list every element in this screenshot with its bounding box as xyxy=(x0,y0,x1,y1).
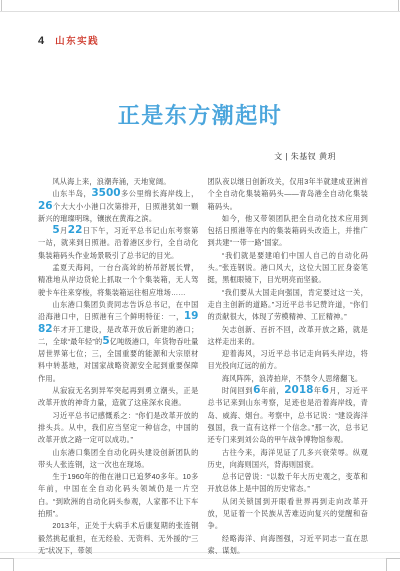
highlight-number: 5 xyxy=(102,335,109,347)
text-segment: 总书记曾说：“以数千年大历史观之，变革和开放总体上是中国的历史常态。” xyxy=(208,472,369,493)
paragraph: 团队夜以继日创新攻关，仅用3年半就建成亚洲首个全自动化集装箱码头——青岛港全自动… xyxy=(208,176,369,213)
text-segment: 孟夏天海间，一台台高耸的桥吊舒展长臂，精准地从岸边货轮上抓取一个个集装箱，无人驾… xyxy=(38,263,199,297)
next-page-top-edge xyxy=(0,558,400,559)
text-segment: 山东港口集团全自动化码头建设创新团队的带头人张连钢，这一次也在现场。 xyxy=(38,448,199,469)
next-page-corner-right-h xyxy=(386,558,400,559)
text-segment: 从闭关锁国到开眼看世界再到走向改革开放，见证着一个民族从苦难迈向复兴的觉醒和奋争… xyxy=(208,497,369,531)
paragraph: “我们要从大国走向强国，肯定要过这一关，走自主创新的道路。”习近平总书记赞许道，… xyxy=(208,287,369,324)
article-title: 正是东方潮起时 xyxy=(0,99,400,130)
paragraph: 生于1960年的他在港口已追梦40多年。10多年前，中国在全自动化码头领域仍是一… xyxy=(38,471,199,520)
highlight-number: 26 xyxy=(38,200,53,212)
paragraph: 习近平总书记感慨系之：“你们是改革开放的排头兵。从中，我们应当坚定一种信念，中国… xyxy=(38,410,199,447)
highlight-number: 5 xyxy=(52,224,59,236)
text-segment: 年前， xyxy=(260,386,284,395)
section-title: 山东实践 xyxy=(55,33,99,47)
column-right: 团队夜以继日创新攻关，仅用3年半就建成亚洲首个全自动化集装箱码头——青岛港全自动… xyxy=(208,176,369,557)
paragraph: 迎着海风，习近平总书记走向码头岸边，将目光投向辽远的前方。 xyxy=(208,348,369,373)
next-page-corner-right-v xyxy=(386,558,387,571)
paragraph: 古往今来，海洋见证了几多兴衰荣辱。纵观历史，向海则国兴，背海则国衰。 xyxy=(208,447,369,472)
paragraph: 如今，他又带领团队把全自动化技术应用到包括日照港等在内的集装箱码头改造上，并推广… xyxy=(208,213,369,250)
text-segment: 个大大小小港口次第排开，日照港犹如一颗新兴的璀璨明珠，镶嵌在黄海之滨。 xyxy=(38,202,199,223)
paragraph: 山东港口集团负责同志告诉总书记，在中国沿海港口中，日照港有三个鲜明特征：一，19… xyxy=(38,299,199,385)
paragraph: 5月22日下午，习近平总书记山东考察第一站，就来到日照港。沿着港区步行，全自动化… xyxy=(38,225,199,262)
paragraph: 山东半岛，3500多公里绵长海岸线上，26个大大小小港口次第排开，日照港犹如一颗… xyxy=(38,188,199,225)
text-segment: 时间回到 xyxy=(222,386,253,395)
highlight-number: 2018 xyxy=(284,384,313,396)
text-segment: 山东港口集团负责同志告诉总书记，在中国沿海港口中，日照港有三个鲜明特征：一， xyxy=(38,300,199,321)
highlight-number: 22 xyxy=(68,224,83,236)
text-segment: 矢志创新、百折不回，改革开放之路，就是这样走出来的。 xyxy=(208,325,369,346)
text-segment: 月 xyxy=(60,226,68,235)
column-left: 风从海上来，浪潮奔涌，天地宽阔。山东半岛，3500多公里绵长海岸线上，26个大大… xyxy=(38,176,199,557)
next-page-corner-left-v xyxy=(13,558,14,571)
paragraph: 山东港口集团全自动化码头建设创新团队的带头人张连钢，这一次也在现场。 xyxy=(38,447,199,472)
previous-page-corner-left xyxy=(1,0,2,11)
byline: 文 | 朱基钗 黄玥 xyxy=(274,151,336,162)
previous-page-corner-right xyxy=(398,0,399,11)
magazine-page: 4 山东实践 正是东方潮起时 文 | 朱基钗 黄玥 风从海上来，浪潮奔涌，天地宽… xyxy=(0,0,400,571)
paragraph: 从闭关锁国到开眼看世界再到走向改革开放，见证着一个民族从苦难迈向复兴的觉醒和奋争… xyxy=(208,496,369,533)
text-segment: 风从海上来，浪潮奔涌，天地宽阔。 xyxy=(52,177,170,186)
paragraph: 总书记曾说：“以数千年大历史观之，变革和开放总体上是中国的历史常态。” xyxy=(208,471,369,496)
page-number: 4 xyxy=(38,35,44,47)
paragraph: 矢志创新、百折不回，改革开放之路，就是这样走出来的。 xyxy=(208,324,369,349)
paragraph: 2013年，正处于大病手术后康复期的张连钢毅然挑起重担，在无经验、无资料、无外援… xyxy=(38,520,199,557)
paragraph: 时间回到6年前，2018年6月，习近平总书记来到山东考察，足迹也是沿着海岸线，青… xyxy=(208,385,369,446)
paragraph: 从寂寂无名到异军突起再到勇立潮头，正是改革开放的神奇力量，造就了这座深水良港。 xyxy=(38,385,199,410)
paragraph: 经略海洋、向海图强，习近平同志一直在思索、谋划。 xyxy=(208,533,369,558)
text-segment: 从寂寂无名到异军突起再到勇立潮头，正是改革开放的神奇力量，造就了这座深水良港。 xyxy=(38,386,199,407)
text-segment: 如今，他又带领团队把全自动化技术应用到包括日照港等在内的集装箱码头改造上，并推广… xyxy=(208,214,369,248)
article-body: 风从海上来，浪潮奔涌，天地宽阔。山东半岛，3500多公里绵长海岸线上，26个大大… xyxy=(38,176,368,557)
text-segment: 古往今来，海洋见证了几多兴衰荣辱。纵观历史，向海则国兴，背海则国衰。 xyxy=(208,448,369,469)
text-segment: 迎着海风，习近平总书记走向码头岸边，将目光投向辽远的前方。 xyxy=(208,349,369,370)
text-segment: 习近平总书记感慨系之：“你们是改革开放的排头兵。从中，我们应当坚定一种信念，中国… xyxy=(38,411,199,445)
text-segment: “我们就是要建咱们中国人自己的自动化码头。”张连钢说。港口风大，这位大国工匠身姿… xyxy=(208,251,369,285)
text-segment: 2013年，正处于大病手术后康复期的张连钢毅然挑起重担，在无经验、无资料、无外援… xyxy=(38,521,199,555)
next-page-corner-left-h xyxy=(0,558,14,559)
text-segment: 年 xyxy=(313,386,321,395)
text-segment: 生于1960年的他在港口已追梦40多年。10多年前，中国在全自动化码头领域仍是一… xyxy=(38,472,199,518)
text-segment: 经略海洋、向海图强，习近平同志一直在思索、谋划。 xyxy=(208,534,369,555)
paragraph: 孟夏天海间，一台台高耸的桥吊舒展长臂，精准地从岸边货轮上抓取一个个集装箱，无人驾… xyxy=(38,262,199,299)
text-segment: 山东半岛， xyxy=(52,189,91,198)
previous-page-bottom-edge xyxy=(0,11,400,12)
text-segment: 多公里绵长海岸线上， xyxy=(121,189,199,198)
paragraph: “我们就是要建咱们中国人自己的自动化码头。”张连钢说。港口风大，这位大国工匠身姿… xyxy=(208,250,369,287)
text-segment: 海风阵阵，浪涛拍岸，不禁令人思绪翻飞。 xyxy=(222,374,362,383)
text-segment: “我们要从大国走向强国，肯定要过这一关，走自主创新的道路。”习近平总书记赞许道，… xyxy=(208,288,369,322)
highlight-number: 6 xyxy=(322,384,329,396)
running-head: 4 山东实践 xyxy=(38,33,99,47)
text-segment: 团队夜以继日创新攻关，仅用3年半就建成亚洲首个全自动化集装箱码头——青岛港全自动… xyxy=(208,177,369,211)
highlight-number: 3500 xyxy=(91,187,120,199)
